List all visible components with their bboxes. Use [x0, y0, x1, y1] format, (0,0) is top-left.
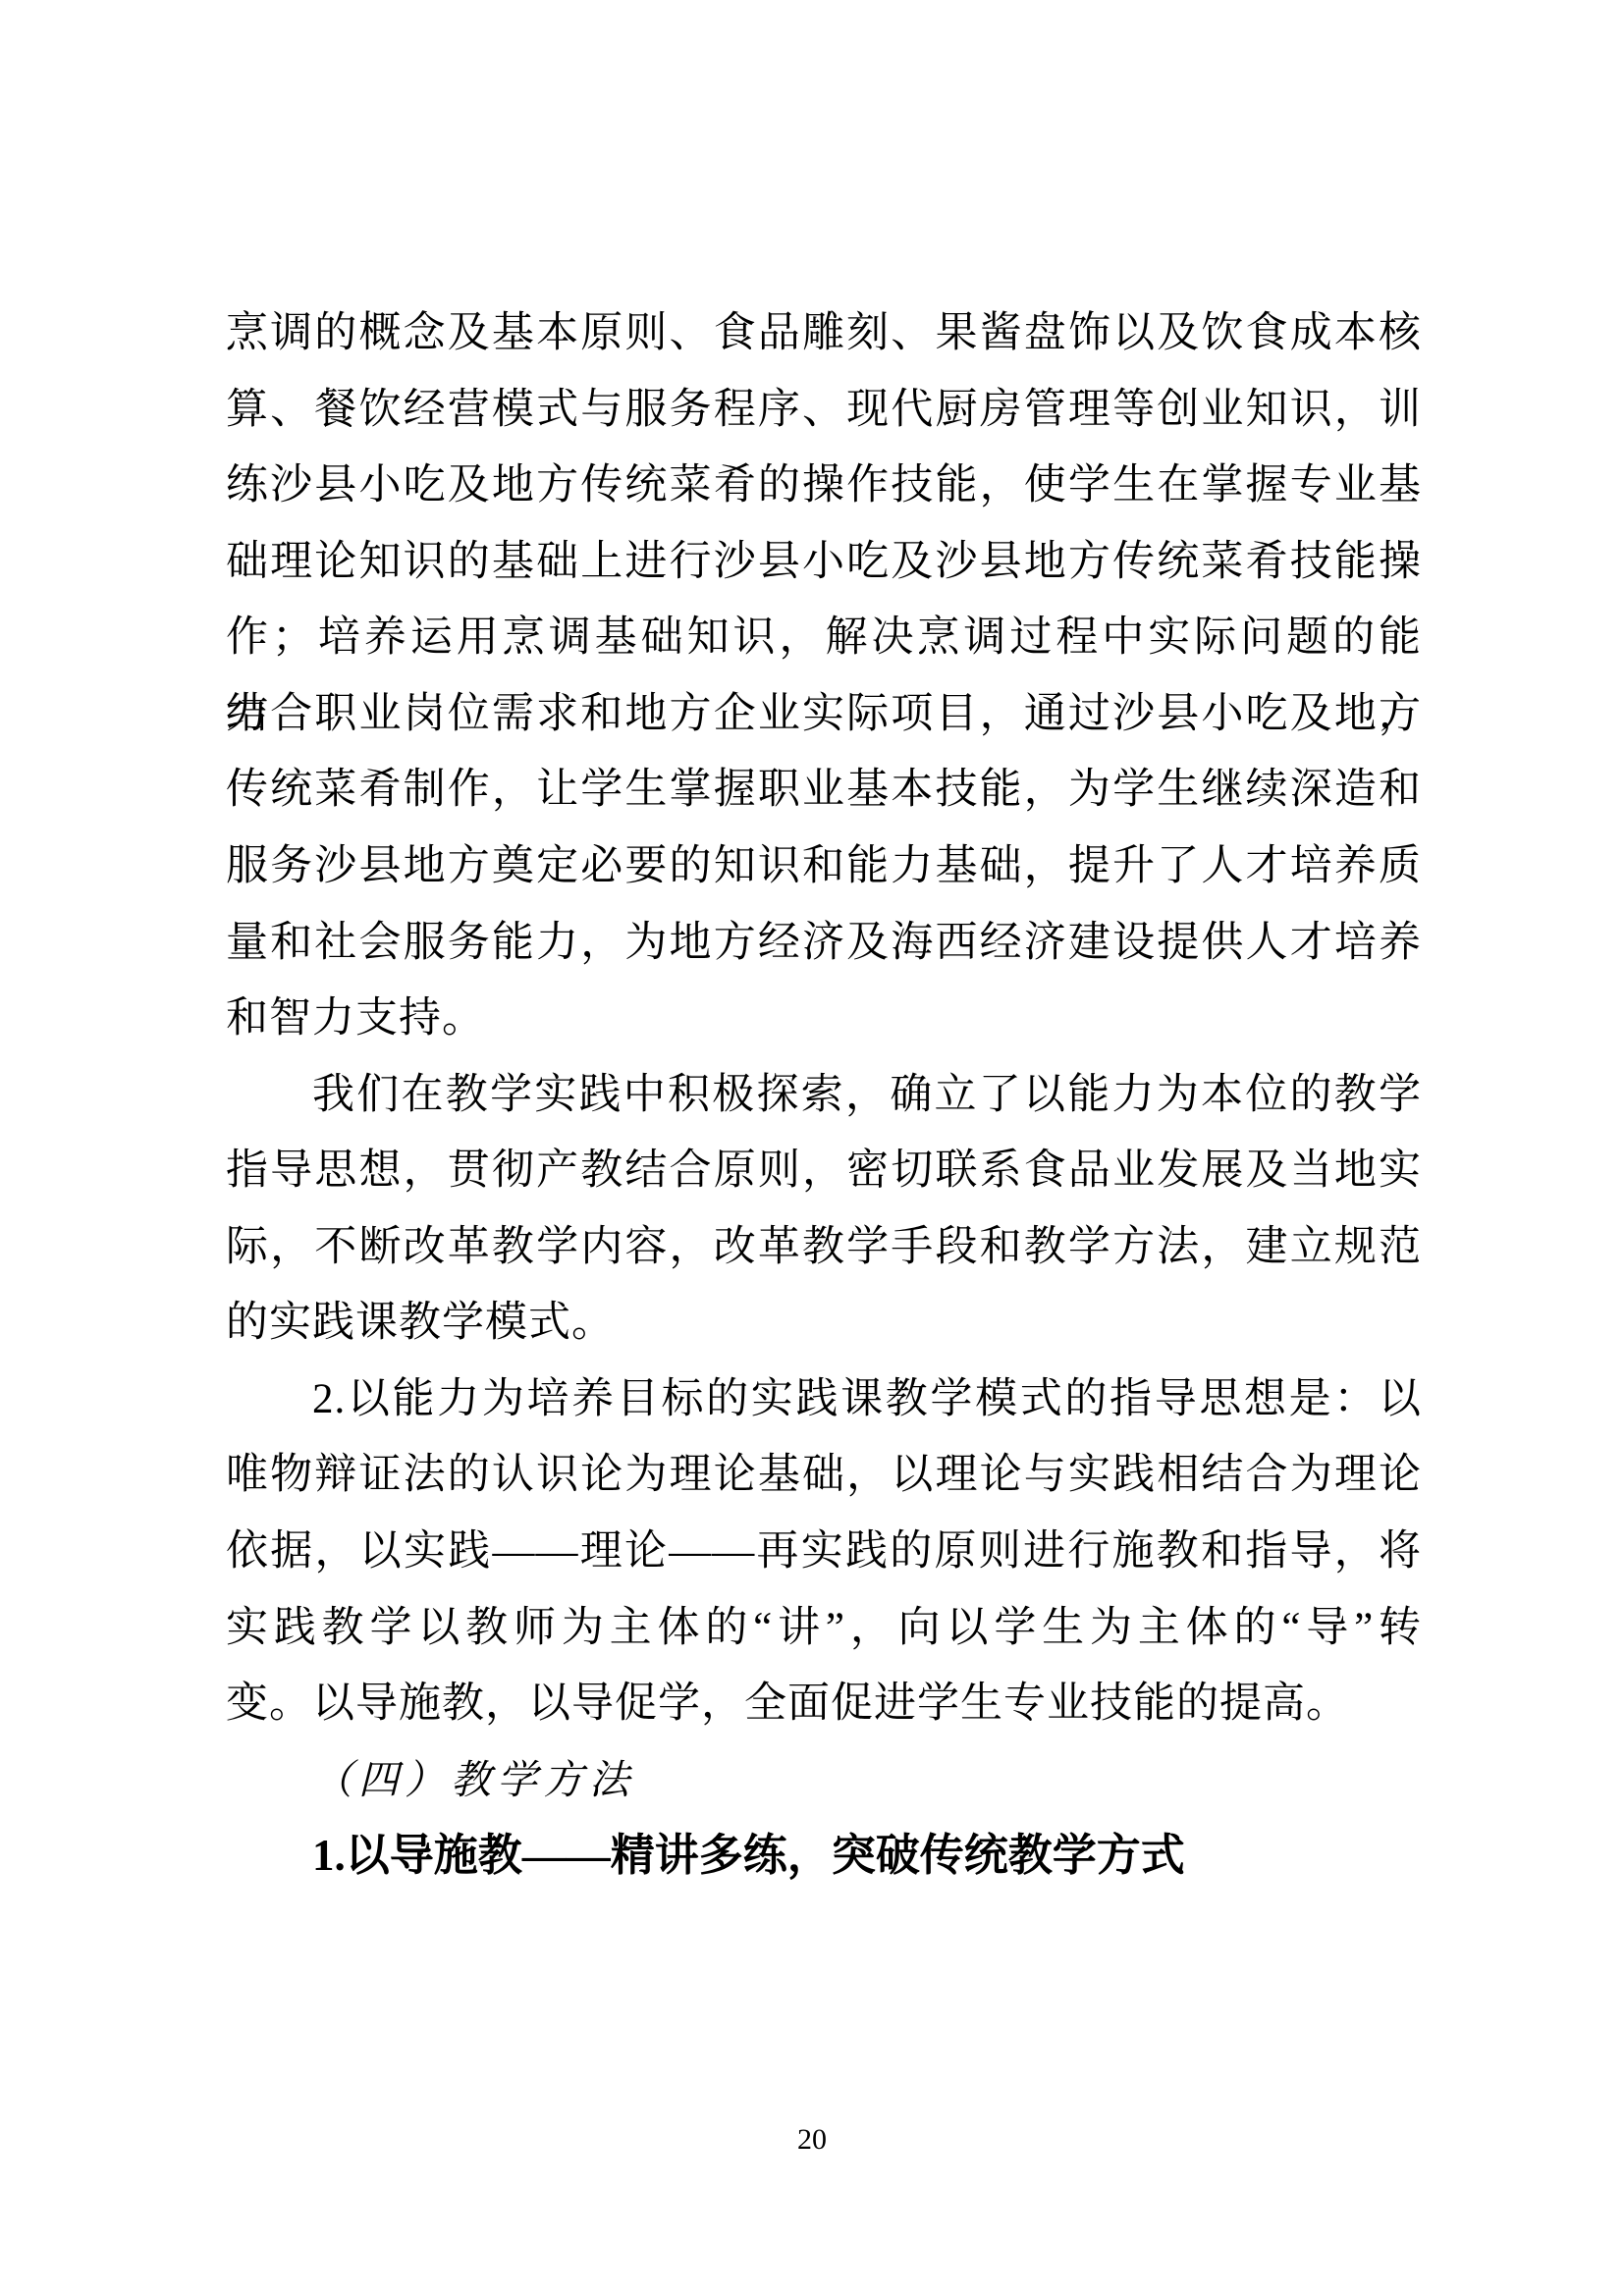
body-line: 烹调的概念及基本原则、食品雕刻、果酱盘饰以及饮食成本核: [226, 295, 1422, 372]
body-line: 变。以导施教，以导促学，全面促进学生专业技能的提高。: [226, 1666, 1422, 1742]
body-line: 2.以能力为培养目标的实践课教学模式的指导思想是：以: [226, 1362, 1422, 1438]
paragraph-guiding-ideology: 2.以能力为培养目标的实践课教学模式的指导思想是：以 唯物辩证法的认识论为理论基…: [226, 1362, 1422, 1742]
body-line: 唯物辩证法的认识论为理论基础，以理论与实践相结合为理论: [226, 1437, 1422, 1514]
section-heading-teaching-methods: （四）教学方法: [226, 1742, 1422, 1819]
body-line: 实践教学以教师为主体的“讲”，向以学生为主体的“导”转: [226, 1590, 1422, 1667]
text-block: 烹调的概念及基本原则、食品雕刻、果酱盘饰以及饮食成本核 算、餐饮经营模式与服务程…: [226, 295, 1422, 1895]
page-number: 20: [0, 2120, 1624, 2160]
body-line: 指导思想，贯彻产教结合原则，密切联系食品业发展及当地实: [226, 1133, 1422, 1209]
body-line: 练沙县小吃及地方传统菜肴的操作技能，使学生在掌握专业基: [226, 448, 1422, 524]
body-line: 我们在教学实践中积极探索，确立了以能力为本位的教学: [226, 1057, 1422, 1134]
body-line: 作；培养运用烹调基础知识，解决烹调过程中实际问题的能力，: [226, 600, 1422, 676]
body-line: 算、餐饮经营模式与服务程序、现代厨房管理等创业知识，训: [226, 372, 1422, 449]
body-line: 结合职业岗位需求和地方企业实际项目，通过沙县小吃及地方: [226, 676, 1422, 753]
body-line: 际，不断改革教学内容，改革教学手段和教学方法，建立规范: [226, 1209, 1422, 1286]
paragraph-teaching-practice: 我们在教学实践中积极探索，确立了以能力为本位的教学 指导思想，贯彻产教结合原则，…: [226, 1057, 1422, 1362]
subheading-teaching-by-guidance: 1.以导施教——精讲多练，突破传统教学方式: [226, 1818, 1422, 1895]
body-line: 服务沙县地方奠定必要的知识和能力基础，提升了人才培养质: [226, 828, 1422, 905]
body-line: 的实践课教学模式。: [226, 1285, 1422, 1362]
document-page: 烹调的概念及基本原则、食品雕刻、果酱盘饰以及饮食成本核 算、餐饮经营模式与服务程…: [0, 0, 1624, 2296]
body-line: 依据，以实践——理论——再实践的原则进行施教和指导，将: [226, 1514, 1422, 1590]
body-line: 传统菜肴制作，让学生掌握职业基本技能，为学生继续深造和: [226, 752, 1422, 828]
paragraph-training-overview: 烹调的概念及基本原则、食品雕刻、果酱盘饰以及饮食成本核 算、餐饮经营模式与服务程…: [226, 295, 1422, 1057]
body-line: 础理论知识的基础上进行沙县小吃及沙县地方传统菜肴技能操: [226, 524, 1422, 601]
body-line: 和智力支持。: [226, 981, 1422, 1057]
body-line: 量和社会服务能力，为地方经济及海西经济建设提供人才培养: [226, 905, 1422, 982]
